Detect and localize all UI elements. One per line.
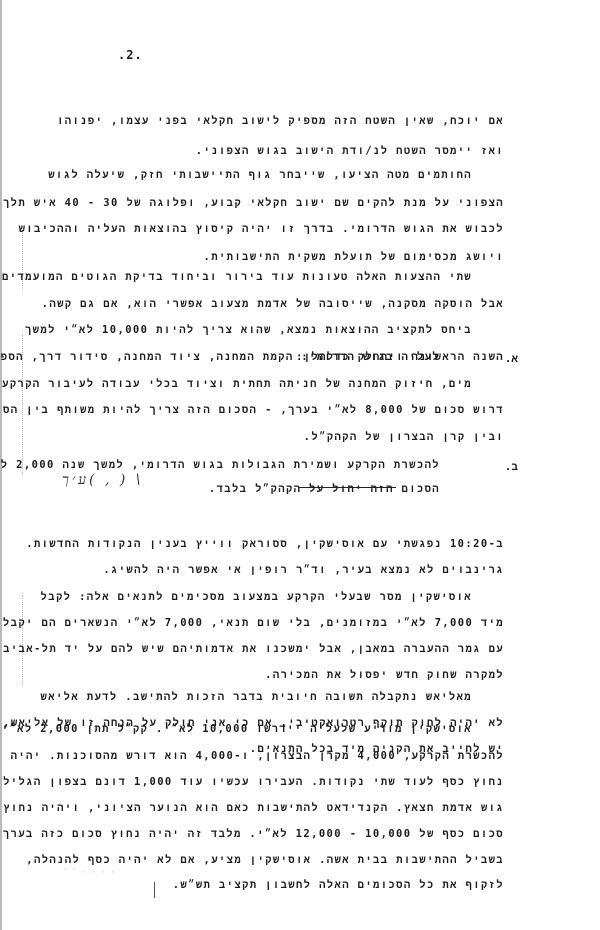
handwritten-note: \ ( , )ע׳ך [62,472,143,489]
text-line: מיד 7,000 לא״י במזומנים, בלי שום תנאי, 7… [0,616,504,630]
text-line: להכשרת הקרקע, 4,000 מקרן הבצרון, ו-4,000… [11,749,504,763]
text-line: לזקוף את כל הסכומים האלה לחשבון תקציב תש… [173,878,504,892]
list-item-line: דרוש סכום של 8,000 לא״י בערך, - הסכום הז… [0,403,504,417]
text-line: נחוץ כסף לעוד שתי נקודות. העבירו עכשיו ע… [0,775,504,789]
section-divider [298,487,396,488]
text-line: עם גמר ההעברה במאבן, אבל ימשכנו את אדמות… [0,642,504,656]
text-line: ויושג מכסימום של תועלת משקית התישבותית. [204,250,504,264]
list-marker: ב. [505,460,518,474]
text-line: למקרה שחוק חדש יפסול את המכירה. [265,668,504,682]
text-line: גוש אדמת חצאץ. הקנדידאט להתישבות כאם הוא… [3,801,504,815]
text-line: ב-10:20 נפגשתי עם אוסישקין, ססוראק ווייץ… [26,537,504,551]
margin-scribble: · · · · ′ ′ [64,868,116,878]
list-marker: א. [505,352,518,366]
text-line: אוסישקין מסר שבעלי הקרקע במצעוב מסכימים … [41,590,472,604]
margin-dots [22,595,24,685]
text-line: אוסישקין מודיע שלעליה יידרשו 10,000 לא״י… [2,722,472,736]
list-item-line: ובין קרן הבצרון של הקהק״ל. [304,430,504,444]
list-item-line: להכשרת הקרקע ושמירת הגבולות בגוש הדרומי,… [0,458,440,472]
list-item-line: הסכום הזה יחול על הקהק״ל בלבד. [209,482,440,496]
text-line: בשביל ההתישבות בבית אשה. אוסישקין מציע, … [26,853,504,867]
text-line: גרינבוים לא נמצא בעיר, וד״ר רופין אי אפש… [103,563,504,577]
page-number: .2. [118,48,143,62]
text-line: החותמים מטה הציעו, שייבחר גוף התיישבותי … [48,168,472,182]
text-line: אבל הוסקה מסקנה, שייסובה של אדמת מצעוב א… [42,297,504,311]
text-line: שתי ההצעות האלה טעונות עוד בירור וביחוד … [0,270,472,284]
text-line: הצפוני על מנת להקים שם ישוב חקלאי קבוע, … [3,196,504,210]
list-item-line: לעליה בגוש הדרומי: הקמת המחנה, ציוד המחנ… [0,350,440,364]
text-line: סכום כסף של 10,000 - 12,000 לא״י. מלבד ז… [3,827,504,841]
text-line: אם יוכח, שאין השטח הזה מספיק לישוב חקלאי… [57,114,504,128]
text-line: ביחס לתקציב ההוצאות נמצא, שהוא צריך להיו… [25,323,472,337]
text-line: לכבוש את הגוש הדרומי. בדרך זו יהיה קיסוץ… [19,222,504,236]
text-line: ואז יימסר השטח לנ/ודת הישוב בגוש הצפוני. [196,144,504,158]
list-item-line: מים, חיזוק המחנה של חניתה תחתית וציוד בכ… [0,377,472,391]
pencil-mark [154,882,155,898]
text-line: מאליאש נתקבלה תשובה חיובית בדבר הזכות לה… [41,690,472,704]
